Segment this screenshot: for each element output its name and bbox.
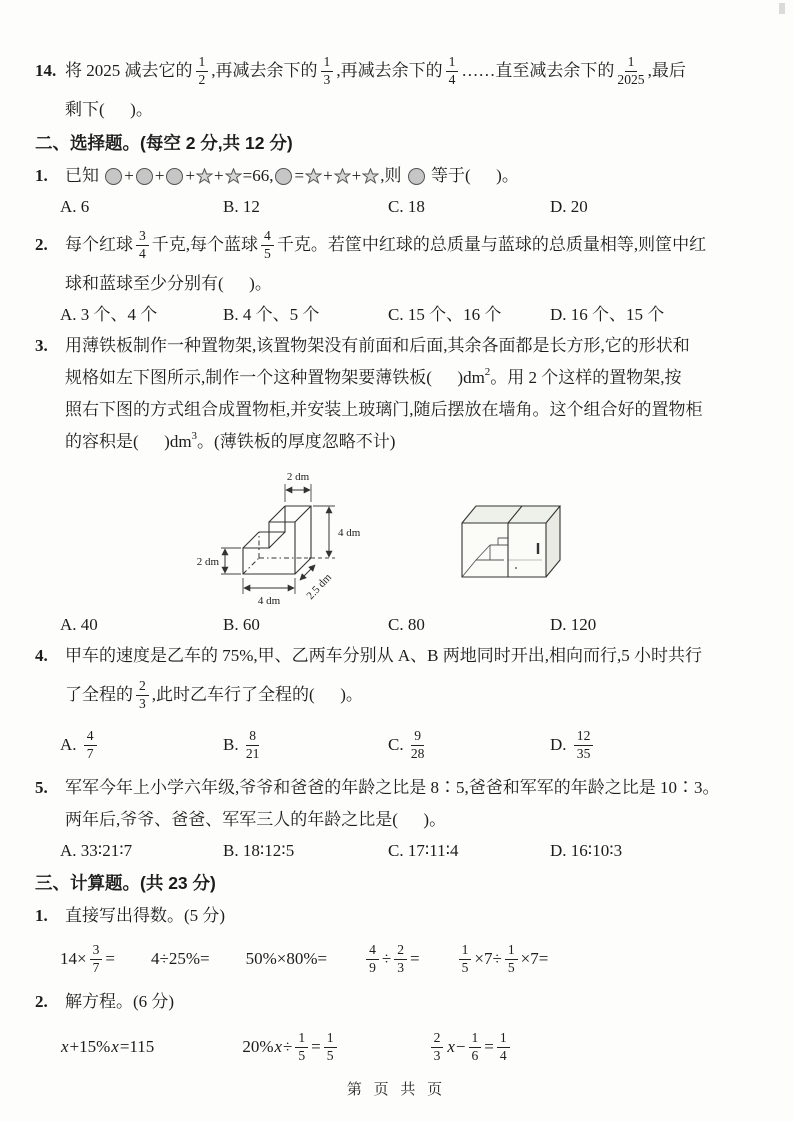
expression: 4÷25%= xyxy=(151,947,210,972)
variable-x: x xyxy=(110,1035,120,1060)
options-row: A. 3 个、4 个 B. 4 个、5 个 C. 15 个、16 个 D. 16… xyxy=(60,300,765,330)
question-text: 将 2025 减去它的12,再减去余下的13,再减去余下的14……直至减去余下的… xyxy=(65,48,686,94)
option-d: D. 16∶10∶3 xyxy=(550,836,765,866)
option-c: C. 928 xyxy=(388,718,550,772)
star-icon xyxy=(334,168,351,184)
question-number: 1. xyxy=(35,900,65,932)
option-b: B. 12 xyxy=(223,192,388,222)
dim-label-left: 2 dm xyxy=(197,556,220,568)
fraction: 12025 xyxy=(617,55,644,87)
question-text: 解方程。(6 分) xyxy=(65,986,174,1018)
question-number: 5. xyxy=(35,772,65,804)
equation: 23x−16=14 xyxy=(428,1031,513,1063)
option-b: B. 60 xyxy=(223,610,388,640)
section-2-header: 二、选择题。(每空 2 分,共 12 分) xyxy=(35,126,765,160)
question-text: 已知 ++++=66,=++,则 等于( )。 xyxy=(65,160,519,192)
fraction: 15 xyxy=(459,943,472,975)
question-14-cont: 剩下( )。 xyxy=(65,94,765,126)
figure-row: 2 dm 4 dm 2 dm 4 dm 2.5 dm xyxy=(193,462,765,608)
option-b: B. 821 xyxy=(223,718,388,772)
fraction: 23 xyxy=(431,1031,444,1063)
fraction: 49 xyxy=(366,943,379,975)
equation: x+15%x=115 xyxy=(60,1035,154,1060)
fraction: 23 xyxy=(136,679,149,711)
variable-x: x xyxy=(446,1035,456,1060)
options-row: A. 6 B. 12 C. 18 D. 20 xyxy=(60,192,765,222)
question-number: 3. xyxy=(35,330,65,362)
option-a: A. 40 xyxy=(60,610,223,640)
circle-icon xyxy=(275,168,292,185)
question-number: 1. xyxy=(35,160,65,192)
cabinet-figure xyxy=(454,496,572,582)
fraction: 23 xyxy=(394,943,407,975)
fraction: 15 xyxy=(324,1031,337,1063)
options-row: A. 47 B. 821 C. 928 D. 1235 xyxy=(60,718,765,772)
option-b: B. 4 个、5 个 xyxy=(223,300,388,330)
option-c: C. 80 xyxy=(388,610,550,640)
scan-artifact xyxy=(779,3,785,14)
section-3-header: 三、计算题。(共 23 分) xyxy=(35,866,765,900)
superscript: 3 xyxy=(192,429,198,445)
fraction: 16 xyxy=(469,1031,482,1063)
star-icon xyxy=(305,168,322,184)
question-text: 每个红球34千克,每个蓝球45千克。若筐中红球的总质量与蓝球的总质量相等,则筐中… xyxy=(65,222,706,268)
option-b: B. 18∶12∶5 xyxy=(223,836,388,866)
question-text: 直接写出得数。(5 分) xyxy=(65,900,225,932)
fraction: 13 xyxy=(321,55,334,87)
question-5: 5. 军军今年上小学六年级,爷爷和爸爸的年龄之比是 8∶5,爸爸和军军的年龄之比… xyxy=(35,772,765,804)
option-a: A. 6 xyxy=(60,192,223,222)
question-4: 4. 甲车的速度是乙车的 75%,甲、乙两车分别从 A、B 两地同时开出,相向而… xyxy=(35,640,765,672)
question-3: 3. 用薄铁板制作一种置物架,该置物架没有前面和后面,其余各面都是长方形,它的形… xyxy=(35,330,765,362)
fraction: 15 xyxy=(295,1031,308,1063)
question-text: 用薄铁板制作一种置物架,该置物架没有前面和后面,其余各面都是长方形,它的形状和 xyxy=(65,330,690,362)
option-c: C. 15 个、16 个 xyxy=(388,300,550,330)
fraction: 14 xyxy=(497,1031,510,1063)
dim-label-depth: 2.5 dm xyxy=(304,571,334,602)
fraction: 1235 xyxy=(574,729,594,761)
variable-x: x xyxy=(273,1035,283,1060)
fraction: 34 xyxy=(136,229,149,261)
fraction: 15 xyxy=(505,943,518,975)
door-dot xyxy=(515,567,517,569)
expression: 50%×80%= xyxy=(246,947,328,972)
fraction: 12 xyxy=(196,55,209,87)
exam-page: 14. 将 2025 减去它的12,再减去余下的13,再减去余下的14……直至减… xyxy=(0,0,793,1122)
fraction: 821 xyxy=(246,729,260,761)
option-d: D. 1235 xyxy=(550,718,765,772)
star-icon xyxy=(362,168,379,184)
option-d: D. 16 个、15 个 xyxy=(550,300,765,330)
option-d: D. 20 xyxy=(550,192,765,222)
question-4-cont: 了全程的23,此时乙车行了全程的( )。 xyxy=(65,672,765,718)
expression: 14×37= xyxy=(60,943,115,975)
circle-icon xyxy=(166,168,183,185)
dim-label-bottom: 4 dm xyxy=(258,595,281,607)
expression: 49÷23= xyxy=(363,943,420,975)
option-a: A. 3 个、4 个 xyxy=(60,300,223,330)
superscript: 2 xyxy=(485,365,491,381)
question-number: 2. xyxy=(35,986,65,1018)
fraction: 47 xyxy=(84,729,97,761)
circle-icon xyxy=(136,168,153,185)
variable-x: x xyxy=(60,1035,70,1060)
shelf-unit-figure: 2 dm 4 dm 2 dm 4 dm 2.5 dm xyxy=(193,462,378,608)
options-row: A. 33∶21∶7 B. 18∶12∶5 C. 17∶11∶4 D. 16∶1… xyxy=(60,836,765,866)
circle-icon xyxy=(105,168,122,185)
question-5-cont: 两年后,爷爷、爸爸、军军三人的年龄之比是( )。 xyxy=(65,804,765,836)
calc-question-1: 1. 直接写出得数。(5 分) xyxy=(35,900,765,932)
circle-icon xyxy=(408,168,425,185)
question-1: 1. 已知 ++++=66,=++,则 等于( )。 xyxy=(35,160,765,192)
dim-label-top: 2 dm xyxy=(287,471,310,483)
question-text: 军军今年上小学六年级,爷爷和爸爸的年龄之比是 8∶5,爸爸和军军的年龄之比是 1… xyxy=(65,772,720,804)
question-2-cont: 球和蓝球至少分别有( )。 xyxy=(65,268,765,300)
question-3-cont: 照右下图的方式组合成置物柜,并安装上玻璃门,随后摆放在墙角。这个组合好的置物柜 xyxy=(65,394,765,426)
question-number: 2. xyxy=(35,222,65,268)
option-a: A. 47 xyxy=(60,718,223,772)
expression-row: 14×37= 4÷25%= 50%×80%= 49÷23= 15×7÷15×7= xyxy=(60,932,765,986)
equation: 20%x÷15=15 xyxy=(242,1031,339,1063)
fraction: 14 xyxy=(446,55,459,87)
question-number: 14. xyxy=(35,48,65,94)
question-2: 2. 每个红球34千克,每个蓝球45千克。若筐中红球的总质量与蓝球的总质量相等,… xyxy=(35,222,765,268)
fraction: 37 xyxy=(90,943,103,975)
option-c: C. 18 xyxy=(388,192,550,222)
fraction: 928 xyxy=(411,729,425,761)
question-3-cont: 规格如左下图所示,制作一个这种置物架要薄铁板( )dm2。用 2 个这样的置物架… xyxy=(65,362,765,394)
question-number: 4. xyxy=(35,640,65,672)
calc-question-2: 2. 解方程。(6 分) xyxy=(35,986,765,1018)
option-d: D. 120 xyxy=(550,610,765,640)
expression: 15×7÷15×7= xyxy=(456,943,549,975)
star-icon xyxy=(196,168,213,184)
question-text: 甲车的速度是乙车的 75%,甲、乙两车分别从 A、B 两地同时开出,相向而行,5… xyxy=(65,640,702,672)
option-c: C. 17∶11∶4 xyxy=(388,836,550,866)
fraction: 45 xyxy=(261,229,274,261)
star-icon xyxy=(225,168,242,184)
dim-label-right: 4 dm xyxy=(338,527,361,539)
option-a: A. 33∶21∶7 xyxy=(60,836,223,866)
options-row: A. 40 B. 60 C. 80 D. 120 xyxy=(60,610,765,640)
page-footer: 第 页 共 页 xyxy=(0,1078,793,1099)
question-14: 14. 将 2025 减去它的12,再减去余下的13,再减去余下的14……直至减… xyxy=(35,48,765,94)
equation-row: x+15%x=115 20%x÷15=15 23x−16=14 xyxy=(60,1018,765,1076)
question-3-cont: 的容积是( )dm3。(薄铁板的厚度忽略不计) xyxy=(65,426,765,458)
